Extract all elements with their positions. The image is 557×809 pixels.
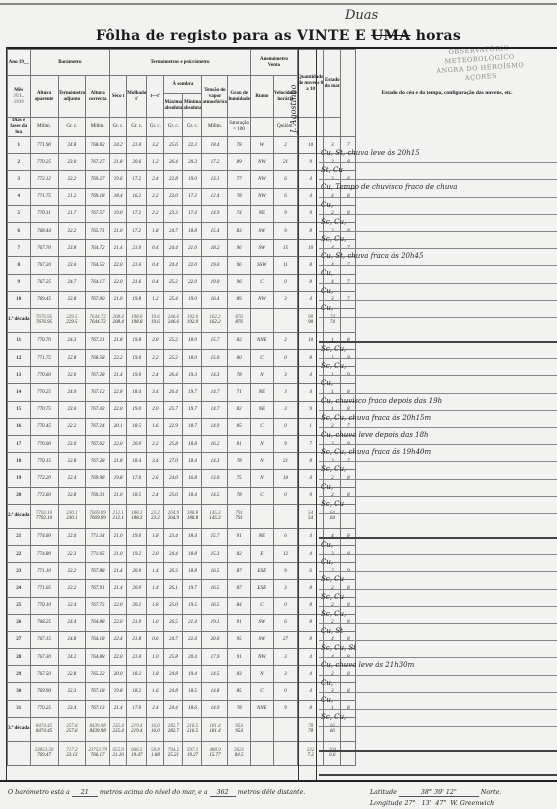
day-number: 23 — [8, 563, 31, 580]
cell-seco: 22.0 — [110, 401, 127, 418]
remark-text: Sc, Cu, — [321, 465, 346, 473]
ruled-line — [319, 496, 557, 497]
cell-alt: 767.15 — [30, 631, 58, 648]
table-row: 27767.1524.8764.1822.421.80.624.722.420.… — [8, 631, 356, 648]
cell-vel: 9 — [273, 436, 297, 453]
cell-molh: 21.0 — [127, 137, 147, 154]
cell-vel: 0 — [273, 350, 297, 367]
cell-alt: 770.25 — [30, 384, 58, 401]
decade-label: 1.ª década — [8, 308, 31, 332]
shade-header: À sombra — [164, 76, 202, 94]
table-row: 14770.2524.0767.1222.818.43.426.419.714.… — [8, 384, 356, 401]
cell-hum: 85 — [228, 683, 250, 700]
cell-seco: 21.4 — [110, 240, 127, 257]
cell-tens: 14.5 — [202, 666, 228, 683]
ruled-line — [319, 427, 557, 428]
cell-seco: 19.0 — [110, 205, 127, 222]
cell-max: 24.4 — [164, 700, 183, 717]
cell-dif: 2.0 — [147, 545, 164, 562]
ruled-line — [319, 750, 557, 752]
cell-rumo: N — [250, 453, 273, 470]
table-row: 16770.4522.2767.2420.118.51.622.918.714.… — [8, 418, 356, 435]
cell-alt: 770.25 — [30, 154, 58, 171]
table-row: 11770.7024.3767.2121.819.82.025.218.015.… — [8, 332, 356, 349]
table-row: 19772.2022.4769.9819.817.02.624.016.813.… — [8, 470, 356, 487]
cell-tens: 14.8 — [202, 683, 228, 700]
cell-vel: 12 — [273, 545, 297, 562]
summary-cell: 198.8198.8 — [127, 308, 147, 332]
cell-corr: 771.65 — [86, 545, 110, 562]
cell-max: 25.8 — [164, 436, 183, 453]
ruled-line — [319, 375, 557, 376]
difference-header: t—t' — [147, 76, 164, 118]
thermometers-header: Termómetros e psicrómetro — [110, 50, 251, 76]
table-row: 17770.0023.0767.0222.020.02.225.818.816.… — [8, 436, 356, 453]
cell-vel: 6 — [273, 188, 297, 205]
latitude-value: 38° 39' 12" — [399, 789, 479, 797]
cell-max: 25.0 — [164, 597, 183, 614]
summary-cell: 212.1212.1 — [110, 504, 127, 528]
cell-min: 18.7 — [183, 418, 202, 435]
cell-term: 23.0 — [58, 154, 86, 171]
unit-label: Gr. c. — [110, 118, 127, 137]
cell-min: 18.8 — [183, 436, 202, 453]
cell-dif: 0.4 — [147, 257, 164, 274]
cell-term: 24.2 — [58, 649, 86, 666]
cell-vel: 0 — [273, 418, 297, 435]
cell-min: 19.3 — [183, 367, 202, 384]
cell-corr: 769.98 — [86, 470, 110, 487]
cell-seco: 21.8 — [110, 332, 127, 349]
cell-seco: 21.0 — [110, 545, 127, 562]
cell-hum: 82 — [228, 545, 250, 562]
cell-max: 24.8 — [164, 666, 183, 683]
summary-cell: 7474 — [324, 308, 341, 332]
cell-tens: 15.7 — [202, 332, 228, 349]
cell-min: 18.5 — [183, 683, 202, 700]
unit-label: Gr. c. — [164, 118, 183, 137]
cell-rumo: NE — [250, 401, 273, 418]
cell-vel: 21 — [273, 154, 297, 171]
cell-term: 22.2 — [58, 563, 86, 580]
cell-hum: 78 — [228, 188, 250, 205]
day-number: 31 — [8, 700, 31, 717]
cell-corr: 767.28 — [86, 453, 110, 470]
cell-term: 23.8 — [58, 240, 86, 257]
month-header: MêsJUL. 1939 — [8, 76, 31, 118]
cell-seco: 21.4 — [110, 367, 127, 384]
cell-corr: 764.52 — [86, 257, 110, 274]
day-number: 12 — [8, 350, 31, 367]
cell-max: 25.0 — [164, 487, 183, 504]
summary-cell — [273, 741, 297, 765]
cell-seco: 21.0 — [110, 291, 127, 308]
cell-max: 22.9 — [164, 418, 183, 435]
table-row: 22774.8022.3771.6521.019.22.024.418.815.… — [8, 545, 356, 562]
cell-alt: 771.75 — [30, 350, 58, 367]
cell-vel: 3 — [273, 384, 297, 401]
cell-dif: 2.6 — [147, 470, 164, 487]
cell-max: 26.5 — [164, 614, 183, 631]
cell-alt: 767.20 — [30, 257, 58, 274]
summary-cell — [273, 308, 297, 332]
cell-molh: 20.0 — [127, 580, 147, 597]
direction-header: Rumo — [250, 76, 273, 118]
cell-dif: 2.2 — [147, 205, 164, 222]
title-vinte: VINTE E — [297, 28, 371, 44]
cell-seco: 22.2 — [110, 350, 127, 367]
cell-molh: 16.2 — [127, 188, 147, 205]
ruled-line — [319, 571, 557, 572]
cell-tens: 14.5 — [202, 487, 228, 504]
cell-tens: 14.7 — [202, 384, 228, 401]
cell-hum: 77 — [228, 171, 250, 188]
cell-rumo: NW — [250, 291, 273, 308]
cell-rumo: C — [250, 418, 273, 435]
cell-max: 24.4 — [164, 545, 183, 562]
cell-corr: 764.88 — [86, 614, 110, 631]
ruled-line — [319, 726, 557, 727]
cell-tens: 14.3 — [202, 453, 228, 470]
remark-text: Cu, St, chuva fraca ás 20h45 — [321, 252, 423, 260]
ruled-line — [319, 606, 557, 607]
ruled-line — [319, 774, 557, 776]
table-row: 12771.7522.8768.5822.219.02.225.218.015.… — [8, 350, 356, 367]
cell-tens: 15.3 — [202, 545, 228, 562]
cell-tens: 13.0 — [202, 470, 228, 487]
cell-hum: 91 — [228, 649, 250, 666]
table-row: 25770.1022.4767.7522.020.21.825.019.516.… — [8, 597, 356, 614]
cell-molh: 19.2 — [127, 545, 147, 562]
summary-cell: 606.519.47 — [127, 741, 147, 765]
remark-text: Cu, — [321, 379, 333, 387]
ruled-line — [319, 461, 557, 462]
cell-vel: 3 — [273, 291, 297, 308]
cell-dif: 2.2 — [147, 188, 164, 205]
cell-min: 17.4 — [183, 205, 202, 222]
cell-alt: 770.15 — [30, 453, 58, 470]
observation-table: Ano 19__ Barómetro Termómetros e psicróm… — [7, 49, 356, 766]
cell-seco: 21.8 — [110, 154, 127, 171]
cell-corr: 767.13 — [86, 700, 110, 717]
day-number: 9 — [8, 274, 31, 291]
ruled-line — [319, 283, 557, 284]
summary-cell: 8439.988439.98 — [86, 717, 110, 741]
cell-corr: 767.88 — [86, 563, 110, 580]
cell-hum: 91 — [228, 528, 250, 545]
day-number: 14 — [8, 384, 31, 401]
remark-text: Sc, Cu, St — [321, 644, 356, 652]
cell-term: 22.6 — [58, 528, 86, 545]
cell-tens: 14.9 — [202, 418, 228, 435]
cell-hum: 78 — [228, 487, 250, 504]
cell-tens: 16.5 — [202, 563, 228, 580]
cell-min: 18.4 — [183, 528, 202, 545]
cell-dif: 1.0 — [147, 649, 164, 666]
remark-text: Sc, Cu — [321, 500, 344, 508]
cell-max: 24.7 — [164, 631, 183, 648]
cell-max: 27.0 — [164, 453, 183, 470]
day-number: 27 — [8, 631, 31, 648]
cell-max: 26.1 — [164, 580, 183, 597]
day-number: 29 — [8, 666, 31, 683]
ruled-line — [319, 214, 557, 215]
summary-cell: 264.9264.9 — [164, 504, 183, 528]
summary-cell: 597.319.27 — [183, 741, 202, 765]
cell-molh: 17.0 — [127, 470, 147, 487]
cell-tens: 12.4 — [202, 188, 228, 205]
remark-text: Cu, chuva leve depois das 18h — [321, 431, 429, 439]
remark-text: Cu, St, chuva leve ás 20h15 — [321, 149, 420, 157]
cell-dif: 1.8 — [147, 666, 164, 683]
cell-vel: 2 — [273, 137, 297, 154]
cell-tens: 16.2 — [202, 436, 228, 453]
cell-seco: 21.0 — [110, 487, 127, 504]
cell-vel: 2 — [273, 332, 297, 349]
table-row: 8767.2023.0764.5222.021.60.424.422.019.0… — [8, 257, 356, 274]
cell-corr: 767.00 — [86, 291, 110, 308]
cell-min: 18.4 — [183, 453, 202, 470]
cell-dif: 2.0 — [147, 401, 164, 418]
remark-text: Cu, chuva leve ás 21h30m — [321, 661, 414, 669]
cell-hum: 74 — [228, 205, 250, 222]
cell-min: 22.4 — [183, 631, 202, 648]
cell-rumo: NE — [250, 205, 273, 222]
cell-alt: 770.70 — [30, 332, 58, 349]
cell-min: 18.0 — [183, 350, 202, 367]
cell-term: 23.4 — [58, 700, 86, 717]
cell-molh: 19.0 — [127, 401, 147, 418]
humidity-header: Grau de humidade — [228, 76, 250, 118]
cell-hum: 82 — [228, 332, 250, 349]
cell-alt: 768.44 — [30, 222, 58, 239]
unit-label: Saturação = 100 — [228, 118, 250, 137]
cell-vel: 6 — [273, 528, 297, 545]
summary-cell — [341, 308, 356, 332]
page-edge-line — [0, 3, 557, 5]
cell-hum: 85 — [228, 418, 250, 435]
barometer-location: O barómetro está a 21 metros acima do ní… — [8, 789, 305, 797]
cell-tens: 17.2 — [202, 154, 228, 171]
cell-tens: 16.4 — [202, 291, 228, 308]
cell-corr: 767.21 — [86, 332, 110, 349]
cell-tens: 15.4 — [202, 222, 228, 239]
cell-term: 24.8 — [58, 631, 86, 648]
cell-rumo: NW — [250, 188, 273, 205]
cell-hum: 96 — [228, 240, 250, 257]
remark-text: Cu, — [321, 558, 333, 566]
cell-alt: 767.70 — [30, 240, 58, 257]
remark-text: Sc, Cu, — [321, 235, 346, 243]
cell-rumo: N — [250, 470, 273, 487]
cell-hum: 83 — [228, 222, 250, 239]
cell-alt: 767.25 — [30, 274, 58, 291]
cell-seco: 21.0 — [110, 222, 127, 239]
column-divider — [316, 49, 317, 782]
cell-vel: 21 — [273, 453, 297, 470]
cell-max: 26.4 — [164, 154, 183, 171]
cell-vel: 3 — [273, 367, 297, 384]
unit-label: Gr. c. — [58, 118, 86, 137]
cell-vel: 9 — [273, 222, 297, 239]
summary-cell: 8474.458474.45 — [30, 717, 58, 741]
remark-text: Cu, — [321, 483, 333, 491]
remark-text: Cu, — [321, 696, 333, 704]
cell-molh: 19.8 — [127, 291, 147, 308]
cell-max: 25.2 — [164, 332, 183, 349]
day-number: 1 — [8, 137, 31, 154]
unit-label — [250, 118, 273, 137]
unit-label: Gr. c. — [127, 118, 147, 137]
cell-seco: 22.0 — [110, 649, 127, 666]
cell-tens: 15.0 — [202, 350, 228, 367]
cell-term: 22.2 — [58, 580, 86, 597]
days-header: Dias e fases da lua — [8, 118, 31, 137]
cell-max: 26.4 — [164, 384, 183, 401]
cell-seco: 21.4 — [110, 700, 127, 717]
cell-hum: 84 — [228, 597, 250, 614]
cell-max: 24.0 — [164, 470, 183, 487]
cell-molh: 20.6 — [127, 154, 147, 171]
ruled-line — [319, 657, 557, 658]
cell-min: 19.0 — [183, 291, 202, 308]
cell-seco: 22.8 — [110, 384, 127, 401]
remark-text: Cu, Tempo de chuvisco fraco de chuva — [321, 183, 457, 191]
cell-corr: 767.02 — [86, 436, 110, 453]
cell-max: 22.8 — [164, 171, 183, 188]
observer-signature: J. Agostinho — [289, 53, 313, 133]
cell-term: 23.0 — [58, 401, 86, 418]
cell-dif: 2.2 — [147, 436, 164, 453]
cell-dif: 2.4 — [147, 487, 164, 504]
summary-cell: 488.915.77 — [202, 741, 228, 765]
cell-dif: 3.2 — [147, 137, 164, 154]
cell-corr: 765.22 — [86, 666, 110, 683]
summary-cell: 192.0192.0 — [183, 308, 202, 332]
cell-corr: 767.91 — [86, 580, 110, 597]
table-row: 21774.6022.6771.3421.019.01.823.418.415.… — [8, 528, 356, 545]
remark-text: Cu, — [321, 269, 333, 277]
cell-dif: 1.8 — [147, 597, 164, 614]
cell-vel: 15 — [273, 240, 297, 257]
sea-header: Estado do mar — [324, 50, 341, 118]
cell-term: 22.8 — [58, 453, 86, 470]
summary-cell: 23753.79766.17 — [86, 741, 110, 765]
ruled-line — [319, 554, 557, 555]
summary-cell: 188.8188.8 — [183, 504, 202, 528]
cell-alt: 770.25 — [30, 700, 58, 717]
cell-alt: 772.12 — [30, 171, 58, 188]
cell-term: 22.4 — [58, 597, 86, 614]
cell-min: 19.5 — [183, 597, 202, 614]
cell-max: 26.3 — [164, 563, 183, 580]
summary-cell: 6464 — [324, 504, 341, 528]
day-number: 26 — [8, 614, 31, 631]
unit-label: Millm. — [86, 118, 110, 137]
summary-cell: 58.81.68 — [147, 741, 164, 765]
cell-corr: 767.43 — [86, 401, 110, 418]
cell-molh: 21.8 — [127, 631, 147, 648]
cell-max: 25.7 — [164, 401, 183, 418]
cell-molh: 18.5 — [127, 418, 147, 435]
cell-seco: 22.0 — [110, 257, 127, 274]
summary-cell: 23853.50769.47 — [30, 741, 58, 765]
cell-min: 18.8 — [183, 545, 202, 562]
cell-vel: 9 — [273, 563, 297, 580]
cell-max: 23.3 — [164, 205, 183, 222]
summary-cell — [250, 308, 273, 332]
cell-min: 18.6 — [183, 700, 202, 717]
cell-molh: 20.0 — [127, 563, 147, 580]
cell-max: 23.0 — [164, 188, 183, 205]
table-row: 5770.1121.7767.5719.017.22.223.317.414.9… — [8, 205, 356, 222]
cell-dif: 1.0 — [147, 614, 164, 631]
cell-dif: 1.6 — [147, 418, 164, 435]
table-row: 10769.4522.8767.0021.019.81.225.419.016.… — [8, 291, 356, 308]
cell-term: 22.0 — [58, 367, 86, 384]
longitude-value: 27° 13' 47" — [404, 800, 446, 807]
dry-header: Sêco t — [110, 76, 127, 118]
decade-label: 2.ª década — [8, 504, 31, 528]
summary-cell: 208.4208.4 — [110, 308, 127, 332]
cell-term: 22.8 — [58, 666, 86, 683]
cell-alt: 771.05 — [30, 580, 58, 597]
summary-cell — [273, 717, 297, 741]
cell-rumo: C — [250, 683, 273, 700]
cell-seco: 21.4 — [110, 580, 127, 597]
cell-corr: 764.18 — [86, 631, 110, 648]
day-number: 20 — [8, 487, 31, 504]
cell-max: 24.8 — [164, 683, 183, 700]
cell-seco: 19.8 — [110, 470, 127, 487]
table-row: 23771.1022.2767.8821.420.01.426.318.816.… — [8, 563, 356, 580]
table-row: 7767.7023.8764.7221.421.00.424.421.018.2… — [8, 240, 356, 257]
form-bottom-line — [0, 780, 557, 782]
cell-seco: 21.4 — [110, 563, 127, 580]
cell-hum: 87 — [228, 563, 250, 580]
cell-dif: 2.2 — [147, 350, 164, 367]
cell-corr: 764.72 — [86, 240, 110, 257]
cell-rumo: ESE — [250, 563, 273, 580]
table-row: 20772.6022.8769.3121.018.52.425.018.414.… — [8, 487, 356, 504]
ruled-line — [319, 513, 557, 514]
cell-molh: 19.0 — [127, 528, 147, 545]
cell-molh: 19.0 — [127, 367, 147, 384]
table-row: 1771.9024.8768.8224.221.03.225.622.318.4… — [8, 137, 356, 154]
cell-rumo: N — [250, 367, 273, 384]
summary-cell: 246.6246.6 — [164, 308, 183, 332]
cell-hum: 71 — [228, 384, 250, 401]
unit-label — [324, 118, 341, 137]
ruled-line — [319, 231, 557, 232]
handwritten-correction: Duas — [345, 8, 378, 23]
cell-alt: 767.30 — [30, 649, 58, 666]
cell-term: 21.7 — [58, 205, 86, 222]
summary-cell: 282.7282.7 — [164, 717, 183, 741]
summary-cell: 23.223.2 — [147, 504, 164, 528]
summary-cell: 230.1230.1 — [58, 504, 86, 528]
cell-hum: 96 — [228, 257, 250, 274]
cell-tens: 13.1 — [202, 171, 228, 188]
cell-hum: 75 — [228, 470, 250, 487]
table-row: 2770.2523.0767.2721.820.61.226.420.317.2… — [8, 154, 356, 171]
summary-cell: 7669.097669.09 — [86, 504, 110, 528]
summary-cell: 2046.6 — [324, 741, 341, 765]
cell-vel: 0 — [273, 487, 297, 504]
summary-cell: 16.016.0 — [147, 717, 164, 741]
summary-cell: 7702.107702.10 — [30, 504, 58, 528]
cell-hum: 82 — [228, 401, 250, 418]
